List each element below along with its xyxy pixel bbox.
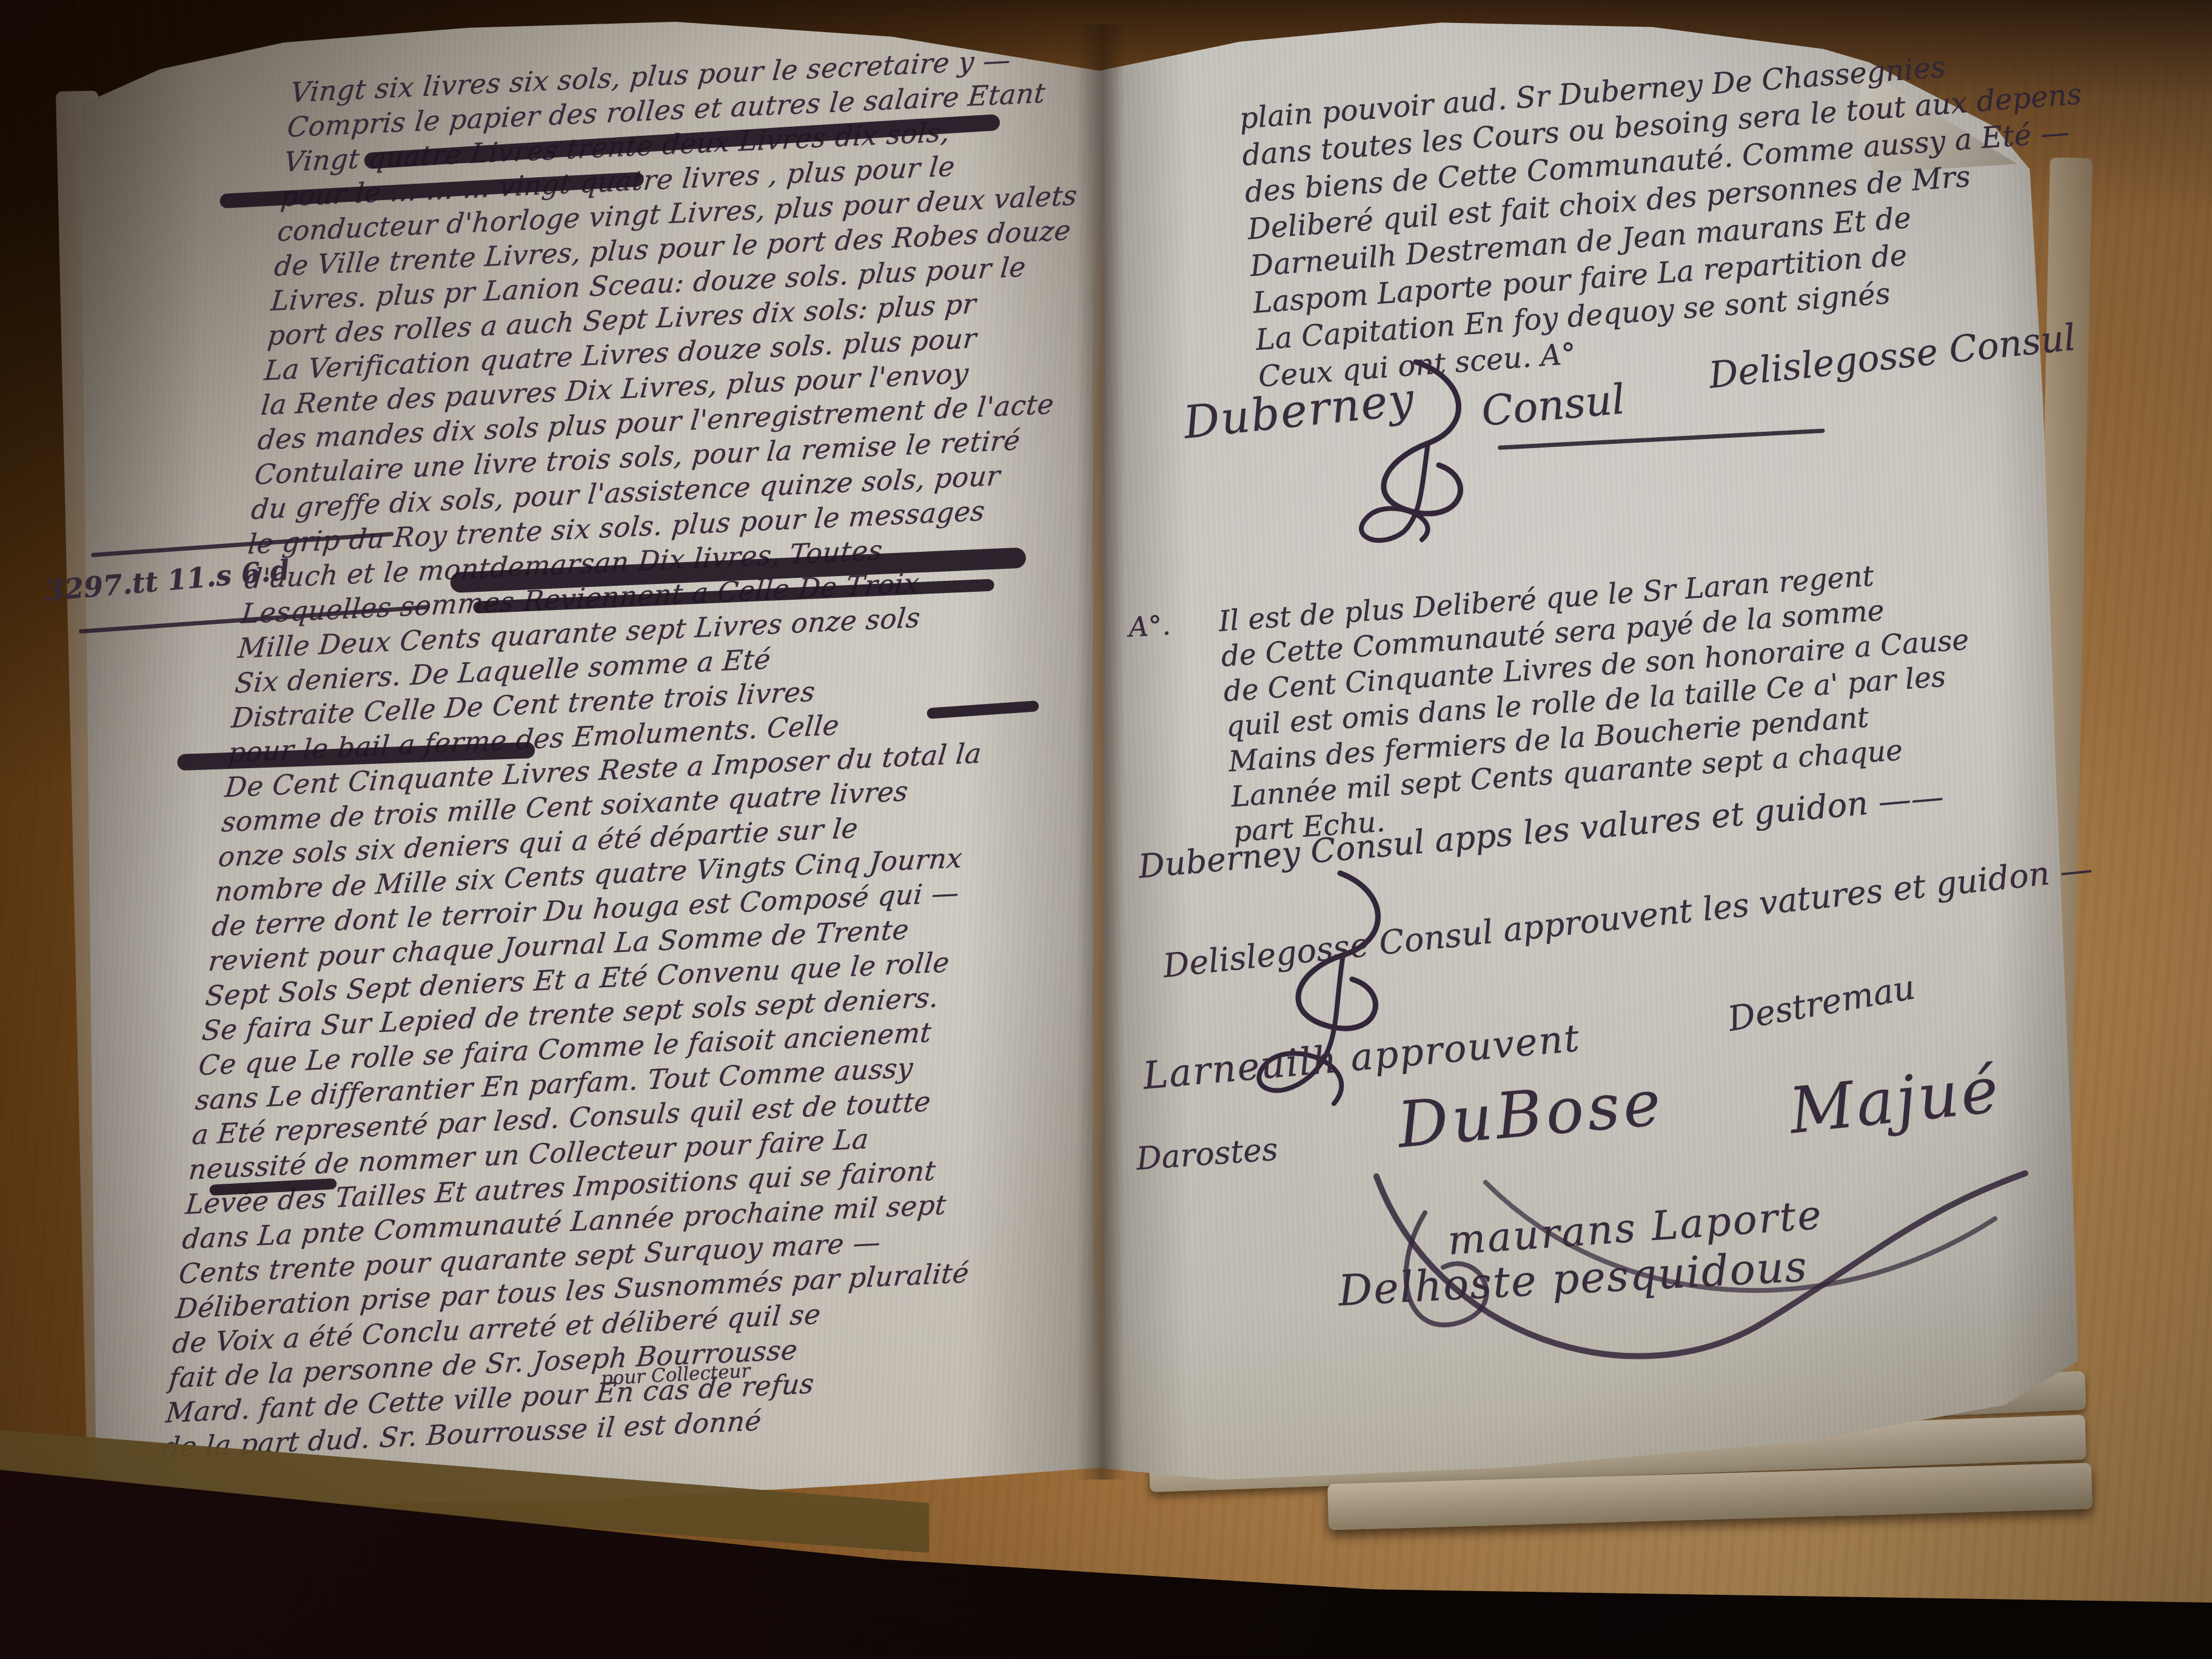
signature-paraph-icon: [1331, 355, 1495, 543]
center-fold-stain: [1093, 158, 1105, 1443]
photo-of-old-french-manuscript: Vingt six livres six sols, plus pour le …: [0, 0, 2212, 1659]
paragraph-marker: A°.: [1128, 609, 1171, 643]
